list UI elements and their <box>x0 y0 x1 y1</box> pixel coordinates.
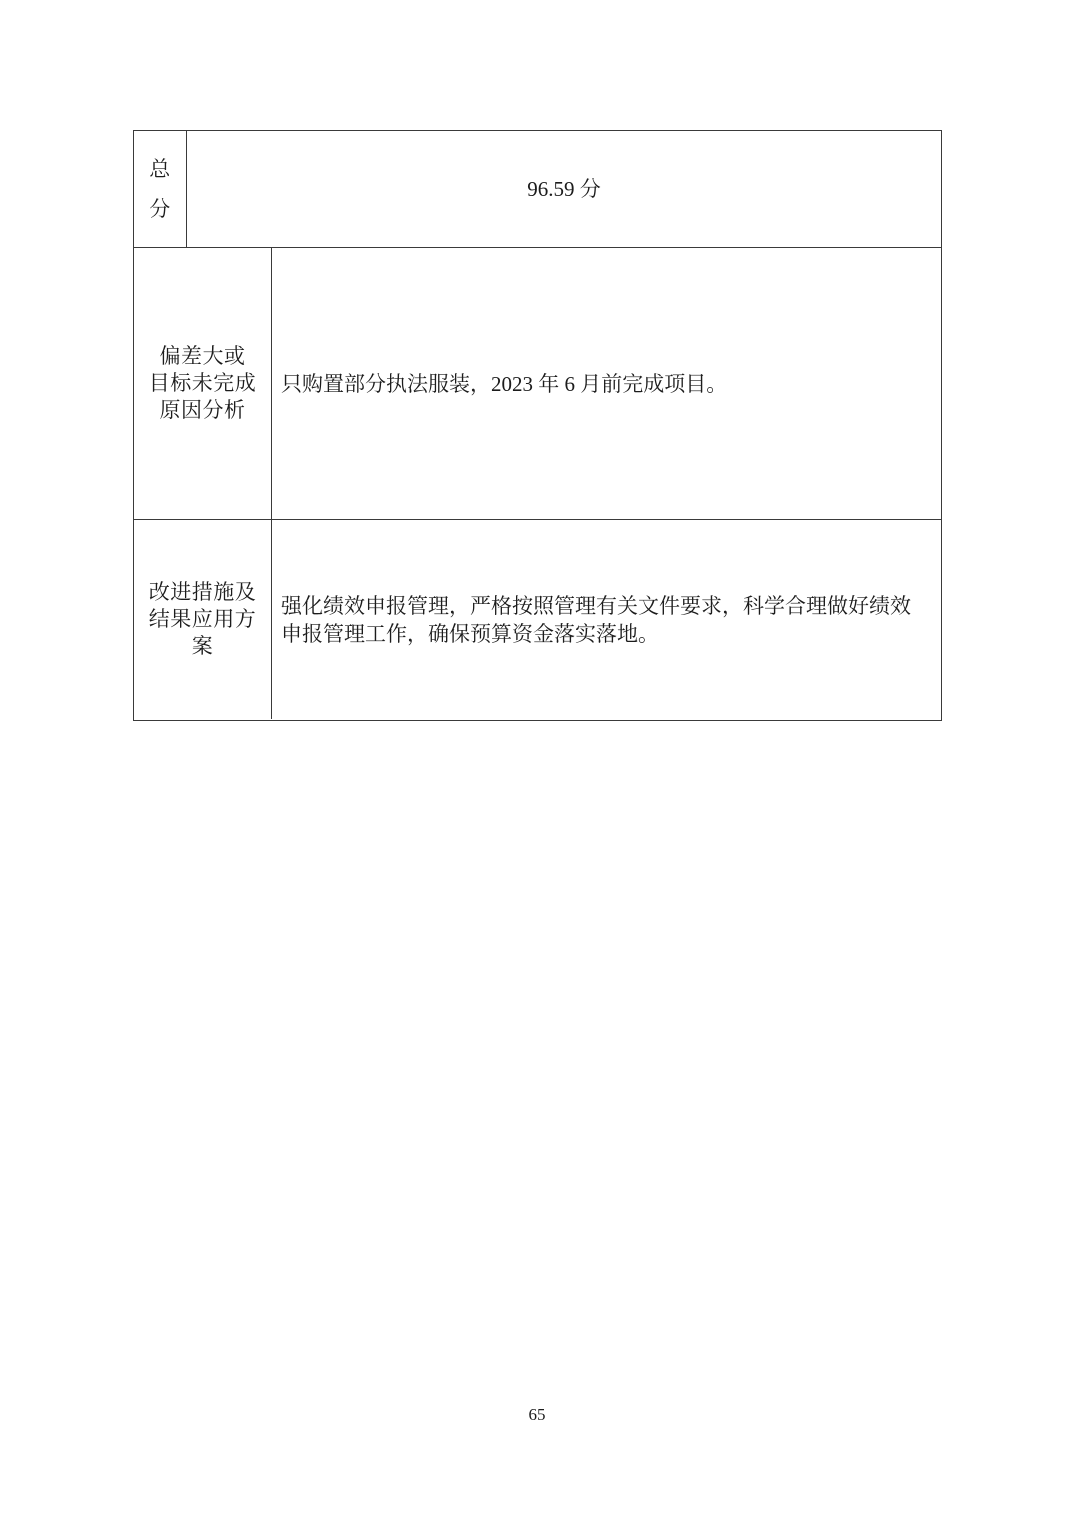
improvement-plan-label: 改进措施及 结果应用方 案 <box>134 520 272 719</box>
total-score-value: 96.59 分 <box>187 131 941 247</box>
deviation-analysis-text: 只购置部分执法服装，2023 年 6 月前完成项目。 <box>272 248 941 519</box>
total-score-label: 总 分 <box>134 131 187 247</box>
deviation-analysis-label: 偏差大或 目标未完成 原因分析 <box>134 248 272 519</box>
document-page: { "table": { "rows": [ { "label": "总\n分"… <box>0 0 1074 1520</box>
page-number: 65 <box>0 1405 1074 1425</box>
table-row-improvement-plan: 改进措施及 结果应用方 案 强化绩效申报管理，严格按照管理有关文件要求，科学合理… <box>134 519 941 719</box>
evaluation-summary-table: 总 分 96.59 分 偏差大或 目标未完成 原因分析 只购置部分执法服装，20… <box>133 130 942 721</box>
table-row-deviation-analysis: 偏差大或 目标未完成 原因分析 只购置部分执法服装，2023 年 6 月前完成项… <box>134 247 941 519</box>
table-row-total-score: 总 分 96.59 分 <box>134 131 941 247</box>
improvement-plan-text: 强化绩效申报管理，严格按照管理有关文件要求，科学合理做好绩效 申报管理工作，确保… <box>272 520 941 719</box>
